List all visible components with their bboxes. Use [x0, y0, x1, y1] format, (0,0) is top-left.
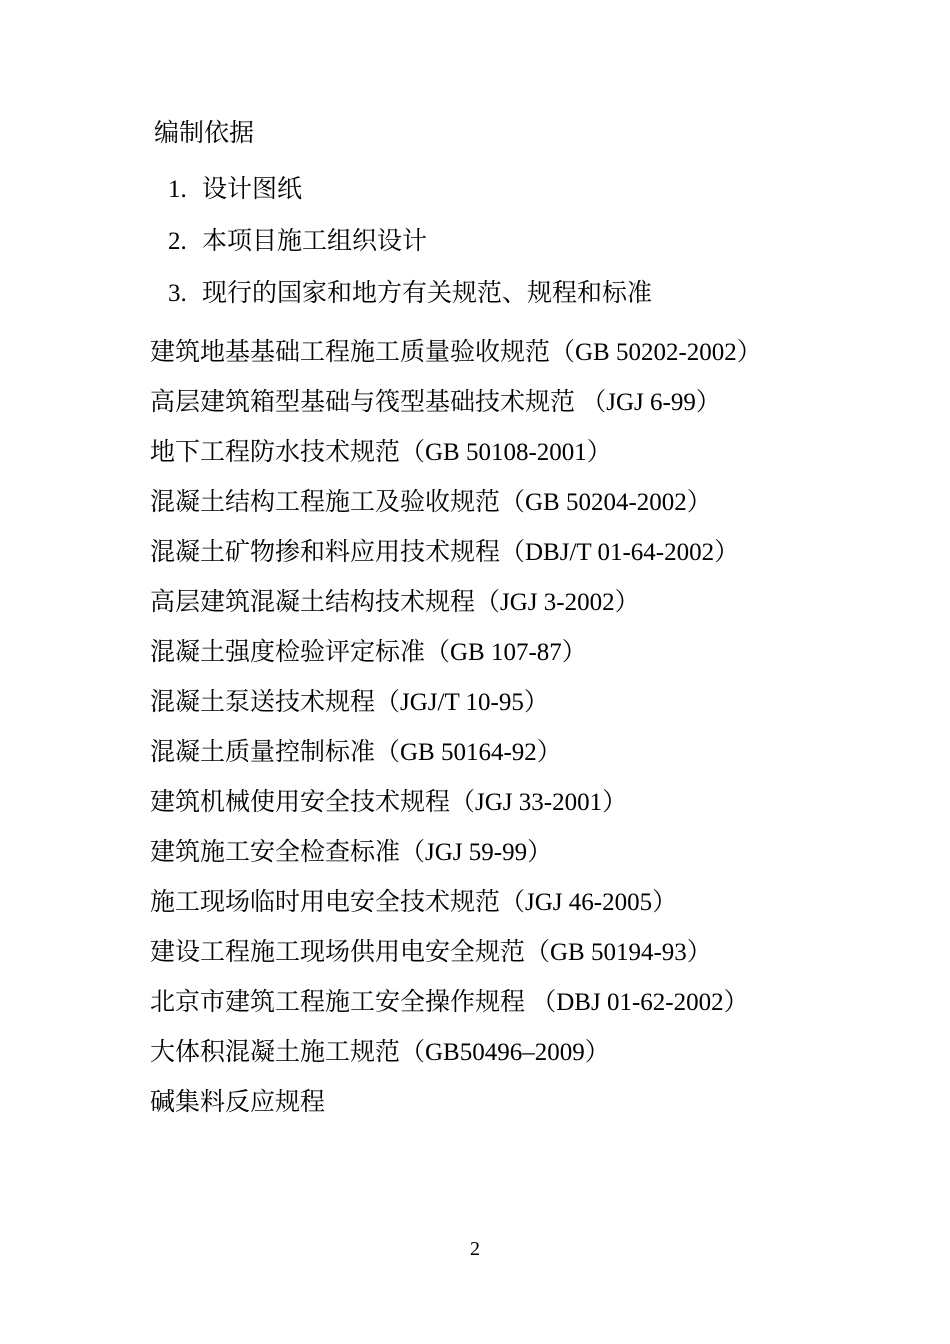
standard-line: 建筑地基基础工程施工质量验收规范（GB 50202-2002） — [150, 328, 860, 378]
standard-line: 地下工程防水技术规范（GB 50108-2001） — [150, 428, 860, 478]
standard-line: 建筑机械使用安全技术规程（JGJ 33-2001） — [150, 778, 860, 828]
numbered-item: 3.现行的国家和地方有关规范、规程和标准 — [168, 268, 860, 320]
standard-line: 施工现场临时用电安全技术规范（JGJ 46-2005） — [150, 878, 860, 928]
standard-line: 建设工程施工现场供用电安全规范（GB 50194-93） — [150, 928, 860, 978]
standard-line: 混凝土结构工程施工及验收规范（GB 50204-2002） — [150, 478, 860, 528]
standard-line: 碱集料反应规程 — [150, 1078, 860, 1128]
numbered-list: 1.设计图纸 2.本项目施工组织设计 3.现行的国家和地方有关规范、规程和标准 — [150, 164, 860, 320]
standard-line: 高层建筑混凝土结构技术规程（JGJ 3-2002） — [150, 578, 860, 628]
list-number: 3. — [168, 268, 202, 320]
standards-list: 建筑地基基础工程施工质量验收规范（GB 50202-2002） 高层建筑箱型基础… — [150, 328, 860, 1128]
document-body: 编制依据 1.设计图纸 2.本项目施工组织设计 3.现行的国家和地方有关规范、规… — [150, 118, 860, 1128]
standard-line: 高层建筑箱型基础与筏型基础技术规范 （JGJ 6-99） — [150, 378, 860, 428]
standard-line: 建筑施工安全检查标准（JGJ 59-99） — [150, 828, 860, 878]
page-footer: 2 — [0, 1238, 950, 1261]
standard-line: 混凝土矿物掺和料应用技术规程（DBJ/T 01-64-2002） — [150, 528, 860, 578]
list-item-text: 本项目施工组织设计 — [202, 228, 427, 255]
list-item-text: 设计图纸 — [202, 176, 302, 203]
numbered-item: 1.设计图纸 — [168, 164, 860, 216]
document-page: 编制依据 1.设计图纸 2.本项目施工组织设计 3.现行的国家和地方有关规范、规… — [0, 0, 950, 1344]
list-number: 2. — [168, 216, 202, 268]
standard-line: 混凝土泵送技术规程（JGJ/T 10-95） — [150, 678, 860, 728]
section-heading: 编制依据 — [150, 118, 860, 150]
numbered-item: 2.本项目施工组织设计 — [168, 216, 860, 268]
standard-line: 混凝土强度检验评定标准（GB 107-87） — [150, 628, 860, 678]
standard-line: 北京市建筑工程施工安全操作规程 （DBJ 01-62-2002） — [150, 978, 860, 1028]
page-number: 2 — [470, 1238, 480, 1260]
list-item-text: 现行的国家和地方有关规范、规程和标准 — [202, 280, 652, 307]
list-number: 1. — [168, 164, 202, 216]
standard-line: 混凝土质量控制标准（GB 50164-92） — [150, 728, 860, 778]
standard-line: 大体积混凝土施工规范（GB50496–2009） — [150, 1028, 860, 1078]
